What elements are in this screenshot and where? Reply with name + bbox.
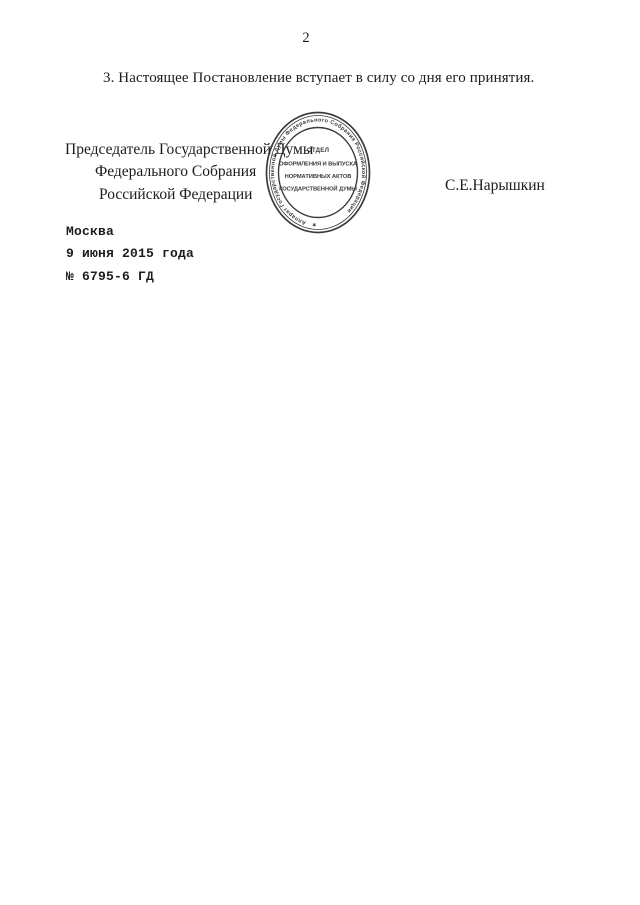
resolution-clause: 3. Настоящее Постановление вступает в си… [103,70,534,87]
stamp-center-line-4: ГОСУДАРСТВЕННОЙ ДУМЫ [279,185,357,193]
duma-official-stamp-icon: ★ Аппарат Государственной Думы Федеральн… [263,110,373,235]
stamp-outer-ring [267,113,370,233]
footer-date: 9 июня 2015 года [66,246,194,261]
document-page: 2 3. Настоящее Постановление вступает в … [0,0,640,905]
stamp-center-line-3: НОРМАТИВНЫХ АКТОВ [285,174,352,180]
footer-doc-number: № 6795-6 ГД [66,269,154,284]
page-number: 2 [0,30,612,47]
stamp-center-line-2: ОФОРМЛЕНИЯ И ВЫПУСКА [279,162,358,168]
stamp-star-icon: ★ [311,221,317,227]
stamp-center-line-1: ОТДЕЛ [307,147,329,154]
signatory-name: С.Е.Нарышкин [445,177,545,195]
signatory-title-line-3: Российской Федерации [99,186,252,204]
stamp-inner-ring [279,128,358,218]
footer-city: Москва [66,224,114,239]
stamp-mid-ring [270,116,367,230]
stamp-ring-text: Аппарат Государственной Думы Федеральног… [270,117,367,225]
signatory-title-line-2: Федерального Собрания [95,163,256,181]
